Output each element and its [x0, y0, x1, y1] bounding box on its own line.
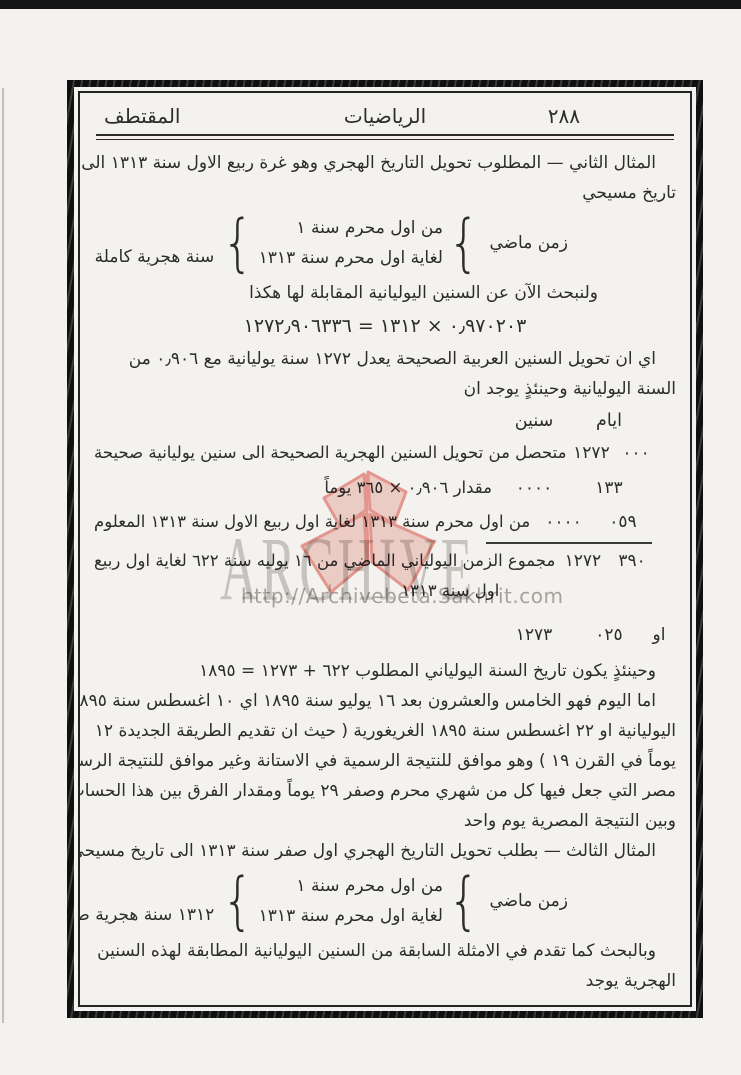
table-row: ٠٠٠ ١٢٧٢ متحصل من تحويل السنين الهجرية ا… — [94, 438, 676, 470]
row1-desc: متحصل من تحويل السنين الهجرية الصحيحة ال… — [94, 438, 566, 468]
conversion-equation: ٠٫٩٧٠٢٠٣ × ١٣١٢ = ١٢٧٢٫٩٠٦٣٣٦ — [94, 311, 676, 341]
closing-line2: الهجرية يوجد — [94, 966, 676, 996]
scan-top-edge — [0, 0, 741, 9]
row3-desc: من اول محرم سنة ١٣١٣ لغاية اول ربيع الاو… — [94, 507, 530, 537]
sum-rule — [486, 542, 652, 544]
day-paragraph-line2: اليوليانية او ٢٢ اغسطس سنة ١٨٩٥ الغريغور… — [94, 716, 676, 746]
or-label: او — [642, 620, 676, 650]
closing-line1: وبالبحث كما تقدم في الامثلة السابقة من ا… — [94, 936, 676, 966]
table-alt-row: او ٠٢٥ ١٢٧٣ — [94, 620, 676, 652]
page-body: ٢٨٨ الرياضيات المقتطف المثال الثاني — ال… — [78, 91, 692, 1007]
total-days: ٣٩٠ — [610, 546, 653, 576]
row2-days: ١٣٣ — [576, 473, 642, 503]
explain-line1: اي ان تحويل السنين العربية الصحيحة يعدل … — [94, 344, 676, 374]
days-years-table: ايام سنين ٠٠٠ ١٢٧٢ متحصل من تحويل السنين… — [94, 406, 676, 652]
past-time-label: زمن ماضي — [489, 886, 568, 916]
col-years-header: سنين — [492, 406, 576, 436]
alt-days: ٠٢٥ — [576, 620, 642, 650]
brace-right: { — [447, 870, 480, 932]
total-years: ١٢٧٢ — [555, 546, 610, 576]
alt-years: ١٢٧٣ — [492, 620, 576, 650]
total-desc: مجموع الزمن اليولياني الماضي من ١٦ يوليه… — [94, 546, 555, 576]
brace-result: سنة هجرية كاملة — [95, 242, 215, 274]
brace-line-from: من اول محرم سنة ١ — [259, 213, 443, 243]
row1-years: ١٢٧٢ — [566, 438, 616, 468]
example2-intro-line2: تاريخ مسيحي — [94, 178, 676, 208]
past-time-label: زمن ماضي — [489, 228, 568, 258]
day-paragraph-line1: اما اليوم فهو الخامس والعشرون بعد ١٦ يول… — [94, 686, 676, 716]
brace-line-from: من اول محرم سنة ١ — [259, 871, 443, 901]
row3-days: ٠٥٩ — [597, 507, 649, 537]
brace-left: { — [221, 212, 254, 274]
explain-line2: السنة اليوليانية وحينئذٍ يوجد ان — [94, 374, 676, 404]
scanned-page: ٢٨٨ الرياضيات المقتطف المثال الثاني — ال… — [0, 0, 741, 1075]
col-days-header: ايام — [576, 406, 642, 436]
day-paragraph-line3: يوماً في القرن ١٩ ) وهو موافق للنتيجة ال… — [94, 746, 676, 776]
day-paragraph-line5: وبين النتيجة المصرية يوم واحد — [94, 806, 676, 836]
ornate-page-border: ٢٨٨ الرياضيات المقتطف المثال الثاني — ال… — [67, 80, 703, 1018]
brace-left: { — [221, 870, 254, 932]
day-paragraph-line4: مصر التي جعل فيها كل من شهري محرم وصفر ٢… — [94, 776, 676, 806]
example3-intro: المثال الثالث — بطلب تحويل التاريخ الهجر… — [94, 836, 676, 866]
table-row: ١٣٣ ٠٠٠٠ مقدار ٠٫٩٠٦ × ٣٦٥ يوماً — [94, 473, 676, 505]
magazine-title: المقتطف — [104, 101, 180, 131]
julian-year-result: وحينئذٍ يكون تاريخ السنة اليولياني المطل… — [94, 656, 676, 686]
scan-left-edge-artifact — [2, 88, 4, 1023]
section-title: الرياضيات — [94, 101, 676, 131]
brace-line-until: لغاية اول محرم سنة ١٣١٣ — [259, 243, 443, 273]
table-total-row: ٣٩٠ ١٢٧٢ مجموع الزمن اليولياني الماضي من… — [94, 546, 676, 606]
header-rule — [96, 134, 674, 140]
total-desc-wrap: اول سنة ١٣١٣ — [94, 576, 555, 606]
brace-right: { — [447, 212, 480, 274]
past-time-brace-group-2: زمن ماضي { من اول محرم سنة ١ لغاية اول م… — [94, 870, 568, 932]
past-time-brace-group-1: زمن ماضي { من اول محرم سنة ١ لغاية اول م… — [94, 212, 568, 274]
row1-days: ٠٠٠ — [616, 438, 655, 468]
search-line: ولنبحث الآن عن السنين اليوليانية المقابل… — [94, 278, 598, 308]
table-row: ٠٥٩ ٠٠٠٠ من اول محرم سنة ١٣١٣ لغاية اول … — [94, 507, 676, 539]
running-head: ٢٨٨ الرياضيات المقتطف — [94, 99, 676, 133]
row2-desc: مقدار ٠٫٩٠٦ × ٣٦٥ يوماً — [94, 473, 492, 503]
row3-years: ٠٠٠٠ — [530, 507, 597, 537]
table-header: ايام سنين — [94, 406, 676, 438]
row2-years: ٠٠٠٠ — [492, 473, 576, 503]
brace-result: ١٣١٢ سنة هجرية صحيحة — [78, 900, 214, 932]
brace-line-until: لغاية اول محرم سنة ١٣١٣ — [259, 901, 443, 931]
example2-intro-line1: المثال الثاني — المطلوب تحويل التاريخ ال… — [94, 148, 676, 178]
